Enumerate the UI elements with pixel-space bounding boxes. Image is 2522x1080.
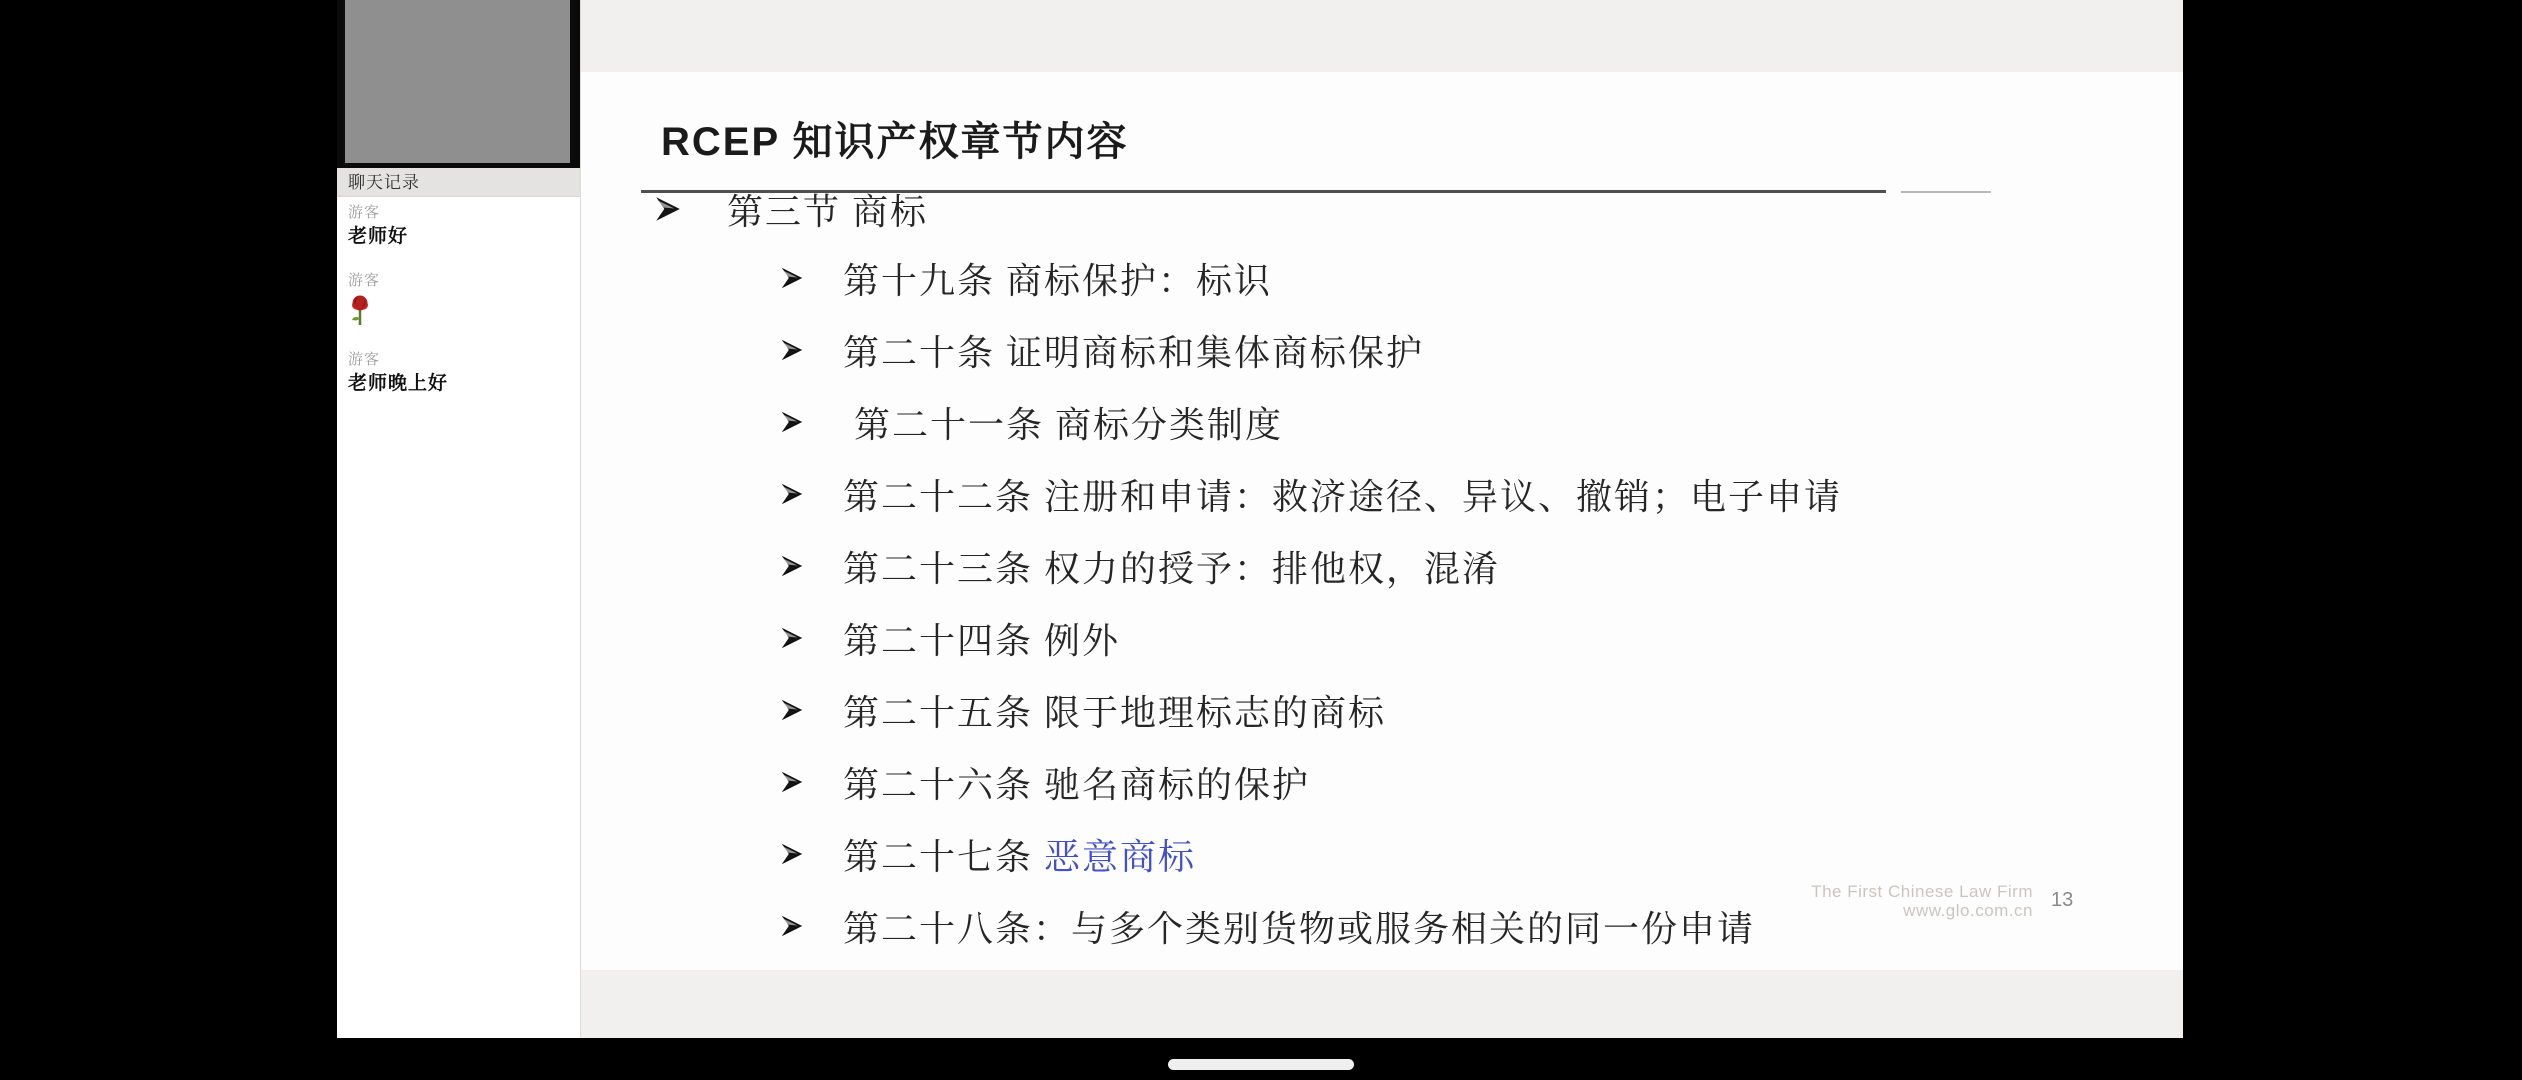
arrow-bullet-icon [779, 409, 805, 435]
bullet-item: 第二十七条 恶意商标 [581, 818, 2183, 890]
bullet-item: 第二十六条 驰名商标的保护 [581, 746, 2183, 818]
bullet-text: 第十九条 商标保护：标识 [843, 253, 1272, 304]
bullet-item: 第二十一条 商标分类制度 [581, 386, 2183, 458]
bullet-text: 第二十二条 注册和申请：救济途径、异议、撤销；电子申请 [843, 469, 1842, 520]
bullet-text: 第三节 商标 [727, 184, 928, 235]
home-indicator-handle[interactable] [1168, 1059, 1354, 1070]
bullet-text: 第二十八条：与多个类别货物或服务相关的同一份申请 [843, 901, 1755, 952]
bullet-list: 第三节 商标 第十九条 商标保护：标识 第二十条 证明商标和集体商标保护 [581, 176, 2183, 962]
video-frame[interactable] [337, 0, 580, 168]
arrow-bullet-icon [779, 337, 805, 363]
arrow-bullet-icon [779, 265, 805, 291]
bullet-text: 第二十一条 商标分类制度 [843, 397, 1283, 448]
stage-bottom-band [581, 970, 2183, 1038]
watermark-line2: www.glo.com.cn [1811, 901, 2033, 920]
chat-message-text: 老师晚上好 [348, 372, 572, 396]
chat-message-list[interactable]: 游客 老师好 游客 游客 老师晚上好 [337, 197, 580, 1038]
bullet-highlight-link[interactable]: 恶意商标 [1044, 829, 1196, 880]
bullet-text: 第二十条 证明商标和集体商标保护 [843, 325, 1424, 376]
chat-author: 游客 [348, 203, 572, 223]
chat-author: 游客 [348, 350, 572, 370]
video-placeholder [345, 0, 570, 163]
chat-author: 游客 [348, 271, 572, 291]
bullet-text: 第二十四条 例外 [843, 613, 1120, 664]
slide: RCEP 知识产权章节内容 第三节 商标 第十九条 商标保护：标识 [581, 72, 2183, 970]
chat-message: 游客 [348, 271, 572, 328]
arrow-bullet-icon [779, 841, 805, 867]
arrow-bullet-icon [779, 625, 805, 651]
bullet-text: 第二十六条 驰名商标的保护 [843, 757, 1310, 808]
bullet-item: 第二十二条 注册和申请：救济途径、异议、撤销；电子申请 [581, 458, 2183, 530]
arrow-bullet-icon [779, 553, 805, 579]
bullet-item: 第二十五条 限于地理标志的商标 [581, 674, 2183, 746]
arrow-bullet-icon [779, 913, 805, 939]
arrow-bullet-icon [779, 697, 805, 723]
chat-message: 游客 老师晚上好 [348, 350, 572, 396]
bullet-text: 第二十五条 限于地理标志的商标 [843, 685, 1386, 736]
arrow-bullet-icon [653, 194, 683, 224]
stage-top-band [581, 0, 2183, 72]
chat-message: 游客 老师好 [348, 203, 572, 249]
arrow-bullet-icon [779, 769, 805, 795]
chat-message-text: 老师好 [348, 225, 572, 249]
presentation-stage: RCEP 知识产权章节内容 第三节 商标 第十九条 商标保护：标识 [580, 0, 2183, 1038]
arrow-bullet-icon [779, 481, 805, 507]
bullet-item: 第二十三条 权力的授予：排他权，混淆 [581, 530, 2183, 602]
app-window: 聊天记录 游客 老师好 游客 游客 老师晚上好 RCEP 知识产权章节内容 [337, 0, 2183, 1038]
watermark-line1: The First Chinese Law Firm [1811, 882, 2033, 901]
bullet-item: 第三节 商标 [581, 176, 2183, 242]
bullet-text: 第二十三条 权力的授予：排他权，混淆 [843, 541, 1500, 592]
page-number: 13 [2051, 889, 2073, 912]
chat-sidebar: 聊天记录 游客 老师好 游客 游客 老师晚上好 [337, 0, 580, 1038]
bullet-item: 第十九条 商标保护：标识 [581, 242, 2183, 314]
slide-title: RCEP 知识产权章节内容 [661, 110, 1129, 167]
bullet-item: 第二十四条 例外 [581, 602, 2183, 674]
rose-emoji-icon [348, 294, 372, 328]
firm-watermark: The First Chinese Law Firm www.glo.com.c… [1811, 882, 2033, 920]
bullet-text: 第二十七条 [843, 829, 1044, 880]
chat-history-header: 聊天记录 [337, 168, 580, 197]
bullet-item: 第二十条 证明商标和集体商标保护 [581, 314, 2183, 386]
